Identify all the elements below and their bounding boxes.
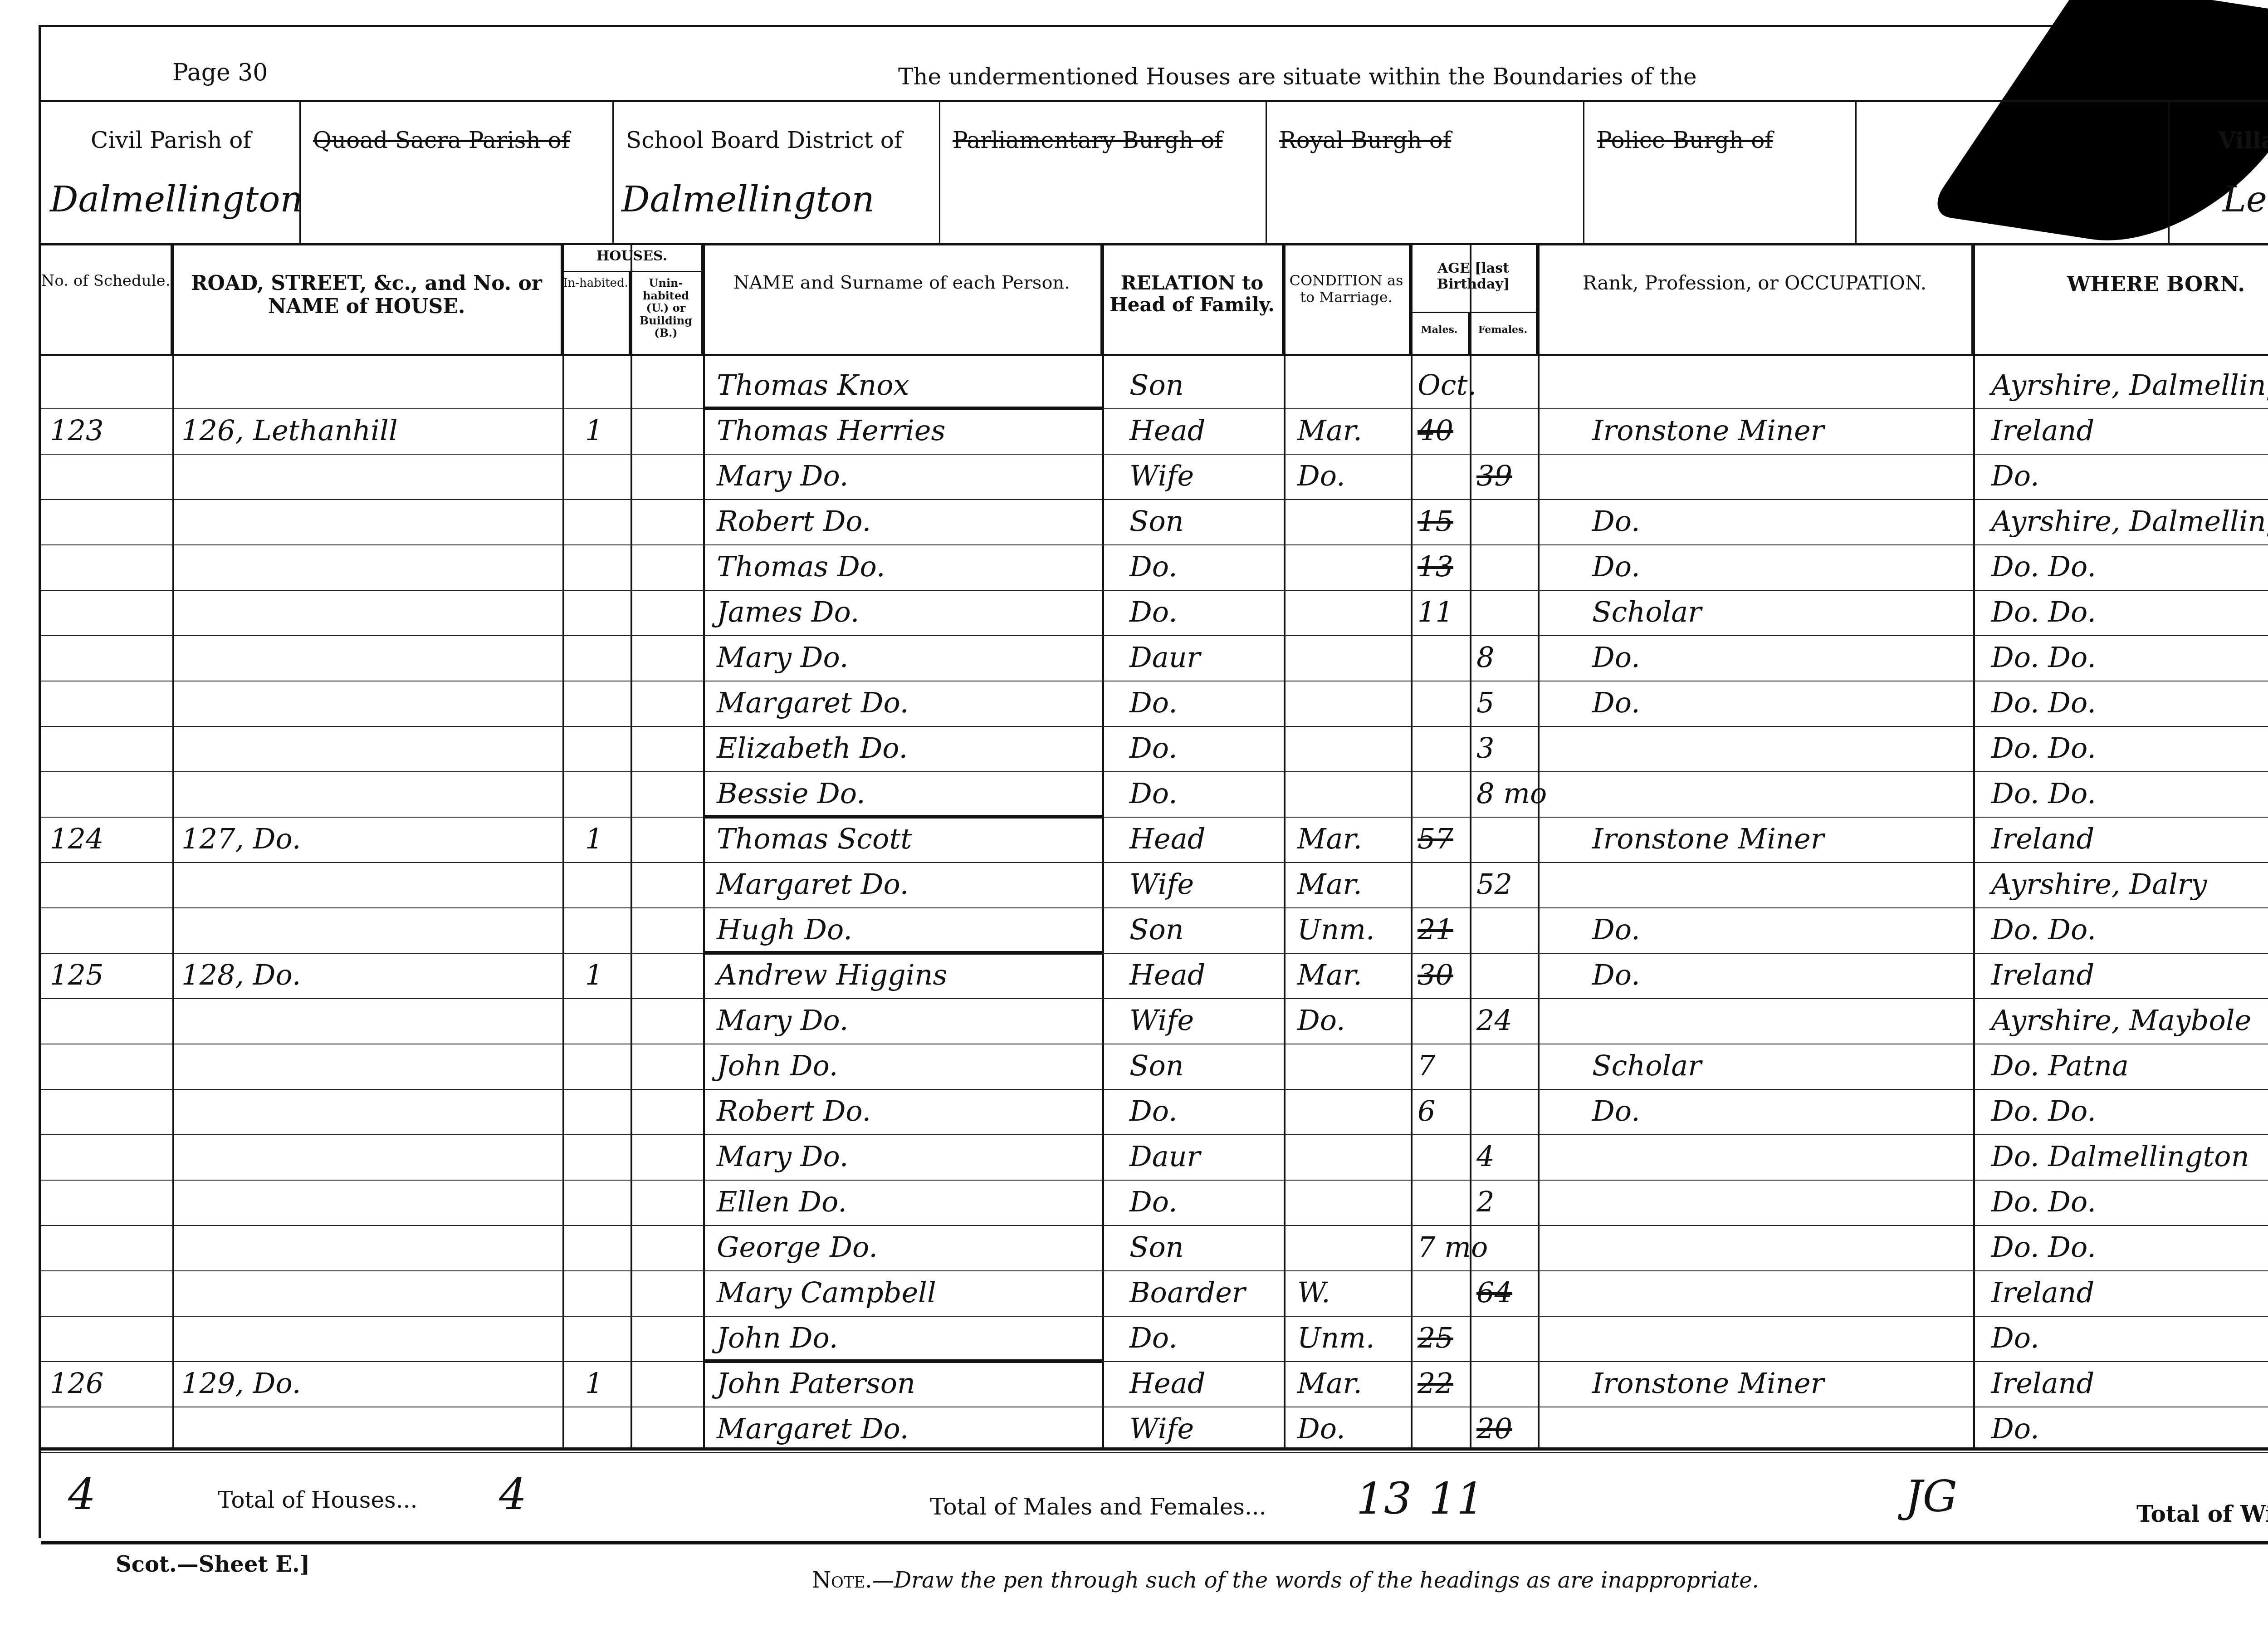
cell-inhabited: 1 xyxy=(585,1367,603,1400)
cell-name: Margaret Do. xyxy=(717,1412,909,1445)
cell-relation: Head xyxy=(1129,822,1205,855)
table-row: Robert Do.Son15Do.Ayrshire, Dalmellingto… xyxy=(41,499,2268,544)
cell-male-age: 21 xyxy=(1417,913,1453,946)
cell-name: Thomas Do. xyxy=(717,550,885,583)
cell-born: Do. Dalmellington xyxy=(1991,1140,2249,1173)
cell-born: Ireland xyxy=(1991,414,2094,447)
footer-note: Note.—Draw the pen through such of the w… xyxy=(812,1568,1759,1593)
table-row: Thomas KnoxSonOct.Ayrshire, Dalmellingto… xyxy=(41,363,2268,408)
table-row: Robert Do.Do.6Do.Do. Do. xyxy=(41,1089,2268,1134)
table-row: Margaret Do.Do.5Do.Do. Do. xyxy=(41,681,2268,726)
cell-relation: Son xyxy=(1129,1049,1184,1082)
boundary-label: Parliamentary Burgh of xyxy=(953,127,1223,153)
cell-born: Do. Do. xyxy=(1991,686,2096,719)
cell-condition: Do. xyxy=(1297,1412,1345,1445)
column-header-houses: HOUSES. xyxy=(562,245,703,272)
cell-female-age: 5 xyxy=(1476,686,1494,719)
boundary-value: Lethanhill xyxy=(2223,179,2268,220)
cell-male-age: 30 xyxy=(1417,958,1453,991)
boundary-label: School Board District of xyxy=(626,127,902,153)
cell-born: Do. xyxy=(1991,1321,2039,1354)
table-row: Mary Do.Daur8Do.Do. Do. xyxy=(41,635,2268,681)
cell-male-age: 40 xyxy=(1417,414,1453,447)
table-row: 123126, Lethanhill1Thomas HerriesHeadMar… xyxy=(41,408,2268,454)
total-females: 11 xyxy=(1429,1473,1484,1524)
cell-condition: Unm. xyxy=(1297,1321,1375,1354)
column-header-road: ROAD, STREET, &c., and No. or NAME of HO… xyxy=(172,245,562,354)
table-row: Bessie Do.Do.8 moDo. Do. xyxy=(41,771,2268,817)
boundary-cell: Quoad Sacra Parish of xyxy=(299,102,614,243)
boundary-label: Village or Hamlet of xyxy=(2218,127,2268,154)
cell-born: Do. Do. xyxy=(1991,641,2096,674)
household-separator xyxy=(703,951,1102,955)
page-number: Page 30 xyxy=(172,59,268,86)
cell-condition: Mar. xyxy=(1297,868,1362,901)
cell-relation: Wife xyxy=(1129,1412,1194,1445)
cell-name: Andrew Higgins xyxy=(717,958,947,991)
cell-occupation: Do. xyxy=(1592,1094,1640,1127)
cell-relation: Wife xyxy=(1129,868,1194,901)
table-row: Mary Do.Daur4Do. Dalmellington xyxy=(41,1134,2268,1180)
cell-female-age: 24 xyxy=(1476,1004,1512,1037)
cell-schedule: 126 xyxy=(50,1367,103,1400)
table-row: Mary Do.WifeDo.39Do. xyxy=(41,454,2268,499)
cell-relation: Daur xyxy=(1129,641,1200,674)
table-row: James Do.Do.11ScholarDo. Do. xyxy=(41,590,2268,635)
boundary-cell: Civil Parish ofDalmellington xyxy=(41,102,301,243)
table-row: Ellen Do.Do.2Do. Do. xyxy=(41,1180,2268,1225)
table-row: Margaret Do.WifeDo.20Do. xyxy=(41,1407,2268,1452)
cell-occupation: Ironstone Miner xyxy=(1592,414,1824,447)
cell-male-age: 22 xyxy=(1417,1367,1453,1400)
table-row: Elizabeth Do.Do.3Do. Do. xyxy=(41,726,2268,771)
boundary-cell: Police Burgh of xyxy=(1583,102,1857,243)
cell-name: Mary Do. xyxy=(717,1004,848,1037)
cell-born: Ireland xyxy=(1991,1367,2094,1400)
cell-name: Margaret Do. xyxy=(717,686,909,719)
cell-female-age: 4 xyxy=(1476,1140,1494,1173)
cell-road: 127, Do. xyxy=(181,822,301,855)
cell-relation: Head xyxy=(1129,414,1205,447)
form-title: The undermentioned Houses are situate wi… xyxy=(898,64,1697,90)
cell-name: James Do. xyxy=(717,595,859,628)
cell-born: Do. Do. xyxy=(1991,1185,2096,1218)
cell-relation: Do. xyxy=(1129,731,1178,765)
header-divider xyxy=(41,354,2268,356)
cell-male-age: 11 xyxy=(1417,595,1453,628)
cell-male-age: Oct. xyxy=(1417,368,1476,402)
boundary-cell: Royal Burgh of xyxy=(1266,102,1584,243)
cell-male-age: 13 xyxy=(1417,550,1453,583)
cell-relation: Do. xyxy=(1129,550,1178,583)
cell-born: Ireland xyxy=(1991,822,2094,855)
cell-name: Thomas Scott xyxy=(717,822,912,855)
cell-female-age: 39 xyxy=(1476,459,1512,492)
cell-relation: Wife xyxy=(1129,1004,1194,1037)
cell-schedule: 124 xyxy=(50,822,103,855)
cell-name: George Do. xyxy=(717,1230,878,1264)
cell-born: Do. xyxy=(1991,459,2039,492)
table-row: John Do.Do.Unm.25Do.Imbecile xyxy=(41,1316,2268,1361)
cell-road: 126, Lethanhill xyxy=(181,414,398,447)
cell-female-age: 3 xyxy=(1476,731,1494,765)
cell-female-age: 8 xyxy=(1476,641,1494,674)
cell-inhabited: 1 xyxy=(585,414,603,447)
column-header-schedule: No. of Schedule. xyxy=(41,245,172,354)
cell-born: Do. Do. xyxy=(1991,550,2096,583)
cell-occupation: Do. xyxy=(1592,958,1640,991)
total-houses-label: Total of Houses... xyxy=(218,1487,417,1513)
cell-male-age: 7 mo xyxy=(1417,1230,1488,1264)
total-males: 13 xyxy=(1356,1473,1412,1524)
column-header-name: NAME and Surname of each Person. xyxy=(703,245,1102,354)
cell-schedule: 123 xyxy=(50,414,103,447)
cell-inhabited: 1 xyxy=(585,958,603,991)
column-header-condition: CONDITION as to Marriage. xyxy=(1284,245,1411,354)
cell-condition: Do. xyxy=(1297,1004,1345,1037)
table-row: 124127, Do.1Thomas ScottHeadMar.57Ironst… xyxy=(41,817,2268,862)
enumerator-initials: JG xyxy=(1905,1471,1957,1522)
cell-relation: Head xyxy=(1129,1367,1205,1400)
cell-female-age: 20 xyxy=(1476,1412,1512,1445)
cell-born: Do. Do. xyxy=(1991,913,2096,946)
cell-name: Elizabeth Do. xyxy=(717,731,908,765)
cell-occupation: Do. xyxy=(1592,641,1640,674)
cell-male-age: 7 xyxy=(1417,1049,1435,1082)
cell-female-age: 8 mo xyxy=(1476,777,1547,810)
boundaries-row: Civil Parish ofDalmellingtonQuoad Sacra … xyxy=(41,102,2268,245)
cell-female-age: 2 xyxy=(1476,1185,1494,1218)
cell-road: 129, Do. xyxy=(181,1367,301,1400)
cell-occupation: Do. xyxy=(1592,505,1640,538)
sheet-label: Scot.—Sheet E.] xyxy=(116,1552,310,1577)
household-separator xyxy=(703,815,1102,819)
boundary-label: Police Burgh of xyxy=(1597,127,1773,153)
cell-relation: Do. xyxy=(1129,777,1178,810)
cell-female-age: 64 xyxy=(1476,1276,1512,1309)
table-row: Margaret Do.WifeMar.52Ayrshire, Dalry xyxy=(41,862,2268,907)
cell-name: Thomas Herries xyxy=(717,414,945,447)
cell-male-age: 15 xyxy=(1417,505,1453,538)
cell-condition: Mar. xyxy=(1297,822,1362,855)
cell-born: Do. Do. xyxy=(1991,1230,2096,1264)
cell-relation: Boarder xyxy=(1129,1276,1246,1309)
cell-occupation: Scholar xyxy=(1592,595,1701,628)
note-text: —Draw the pen through such of the words … xyxy=(872,1568,1759,1593)
title-row: Page 30 The undermentioned Houses are si… xyxy=(41,27,2268,102)
cell-occupation: Ironstone Miner xyxy=(1592,1367,1824,1400)
cell-name: Robert Do. xyxy=(717,1094,871,1127)
cell-name: Mary Do. xyxy=(717,1140,848,1173)
cell-male-age: 25 xyxy=(1417,1321,1453,1354)
column-header-age: AGE [last Birthday] xyxy=(1411,245,1538,313)
cell-relation: Do. xyxy=(1129,1185,1178,1218)
column-header-relation: RELATION to Head of Family. xyxy=(1102,245,1284,354)
cell-relation: Son xyxy=(1129,505,1184,538)
cell-name: Ellen Do. xyxy=(717,1185,847,1218)
cell-inhabited: 1 xyxy=(585,822,603,855)
cell-name: Thomas Knox xyxy=(717,368,909,402)
boundary-label: Civil Parish of xyxy=(91,127,251,153)
cell-born: Ireland xyxy=(1991,1276,2094,1309)
cell-name: Mary Do. xyxy=(717,459,848,492)
boundary-value: Dalmellington xyxy=(50,179,303,220)
cell-relation: Daur xyxy=(1129,1140,1200,1173)
table-row: Mary Do.WifeDo.24Ayrshire, Maybole xyxy=(41,998,2268,1044)
cell-born: Ireland xyxy=(1991,958,2094,991)
census-sheet: Page 30 The undermentioned Houses are si… xyxy=(39,25,2268,1538)
cell-born: Ayrshire, Dalmellington xyxy=(1991,505,2268,538)
total-rooms-label: Total of Windowed Rooms... xyxy=(2136,1500,2268,1527)
cell-born: Ayrshire, Maybole xyxy=(1991,1004,2251,1037)
cell-relation: Do. xyxy=(1129,595,1178,628)
cell-male-age: 6 xyxy=(1417,1094,1435,1127)
boundary-label: Royal Burgh of xyxy=(1279,127,1451,153)
household-separator xyxy=(703,407,1102,410)
cell-born: Do. xyxy=(1991,1412,2039,1445)
cell-born: Do. Do. xyxy=(1991,1094,2096,1127)
table-row: Mary CampbellBoarderW.64Ireland xyxy=(41,1270,2268,1316)
cell-born: Do. Do. xyxy=(1991,731,2096,765)
cell-relation: Do. xyxy=(1129,686,1178,719)
cell-relation: Son xyxy=(1129,368,1184,402)
cell-occupation: Scholar xyxy=(1592,1049,1701,1082)
cell-relation: Wife xyxy=(1129,459,1194,492)
table-row: Thomas Do.Do.13Do.Do. Do. xyxy=(41,544,2268,590)
cell-name: John Do. xyxy=(717,1321,838,1354)
cell-occupation: Do. xyxy=(1592,913,1640,946)
cell-name: Bessie Do. xyxy=(717,777,865,810)
cell-relation: Do. xyxy=(1129,1321,1178,1354)
cell-occupation: Do. xyxy=(1592,686,1640,719)
boundary-cell: School Board District ofDalmellington xyxy=(612,102,940,243)
table-row: Hugh Do.SonUnm.21Do.Do. Do. xyxy=(41,907,2268,953)
cell-born: Ayrshire, Dalry xyxy=(1991,868,2207,901)
cell-condition: Mar. xyxy=(1297,958,1362,991)
note-prefix: Note. xyxy=(812,1568,872,1593)
cell-born: Do. Do. xyxy=(1991,595,2096,628)
boundary-value: Dalmellington xyxy=(621,179,875,220)
totals-row: 4 Total of Houses... 4 Total of Males an… xyxy=(41,1447,2268,1544)
boundary-cell xyxy=(1855,102,2170,243)
cell-schedule: 125 xyxy=(50,958,103,991)
column-header-males: Males. xyxy=(1411,313,1470,354)
total-houses: 4 xyxy=(499,1469,527,1520)
census-table: No. of Schedule.ROAD, STREET, &c., and N… xyxy=(41,245,2268,1447)
cell-condition: Mar. xyxy=(1297,1367,1362,1400)
total-persons-label: Total of Males and Females... xyxy=(930,1494,1266,1520)
cell-male-age: 57 xyxy=(1417,822,1453,855)
table-row: 125128, Do.1Andrew HigginsHeadMar.30Do.I… xyxy=(41,953,2268,998)
cell-relation: Do. xyxy=(1129,1094,1178,1127)
table-row: John Do.Son7ScholarDo. Patna xyxy=(41,1044,2268,1089)
cell-occupation: Ironstone Miner xyxy=(1592,822,1824,855)
cell-name: Mary Campbell xyxy=(717,1276,936,1309)
cell-condition: Mar. xyxy=(1297,414,1362,447)
cell-born: Ayrshire, Dalmellington xyxy=(1991,368,2268,402)
cell-name: Margaret Do. xyxy=(717,868,909,901)
boundary-label: Quoad Sacra Parish of xyxy=(313,127,570,153)
table-row: George Do.Son7 moDo. Do. xyxy=(41,1225,2268,1270)
cell-female-age: 52 xyxy=(1476,868,1512,901)
cell-condition: Unm. xyxy=(1297,913,1375,946)
column-header-occupation: Rank, Profession, or OCCUPATION. xyxy=(1538,245,1973,354)
table-row: 126129, Do.1John PatersonHeadMar.22Irons… xyxy=(41,1361,2268,1407)
household-separator xyxy=(703,1359,1102,1363)
cell-born: Do. Patna xyxy=(1991,1049,2129,1082)
cell-born: Do. Do. xyxy=(1991,777,2096,810)
column-header-born: WHERE BORN. xyxy=(1973,245,2268,354)
cell-condition: Do. xyxy=(1297,459,1345,492)
cell-relation: Son xyxy=(1129,913,1184,946)
cell-occupation: Do. xyxy=(1592,550,1640,583)
cell-road: 128, Do. xyxy=(181,958,301,991)
cell-name: John Paterson xyxy=(717,1367,915,1400)
cell-name: Hugh Do. xyxy=(717,913,852,946)
total-schedules: 4 xyxy=(68,1469,96,1520)
cell-condition: W. xyxy=(1297,1276,1330,1309)
column-header-females: Females. xyxy=(1470,313,1538,354)
boundary-cell: Village or Hamlet ofLethanhill xyxy=(2168,102,2268,243)
cell-name: Robert Do. xyxy=(717,505,871,538)
cell-name: Mary Do. xyxy=(717,641,848,674)
boundary-cell: Parliamentary Burgh of xyxy=(939,102,1267,243)
cell-relation: Head xyxy=(1129,958,1205,991)
cell-relation: Son xyxy=(1129,1230,1184,1264)
cell-name: John Do. xyxy=(717,1049,838,1082)
